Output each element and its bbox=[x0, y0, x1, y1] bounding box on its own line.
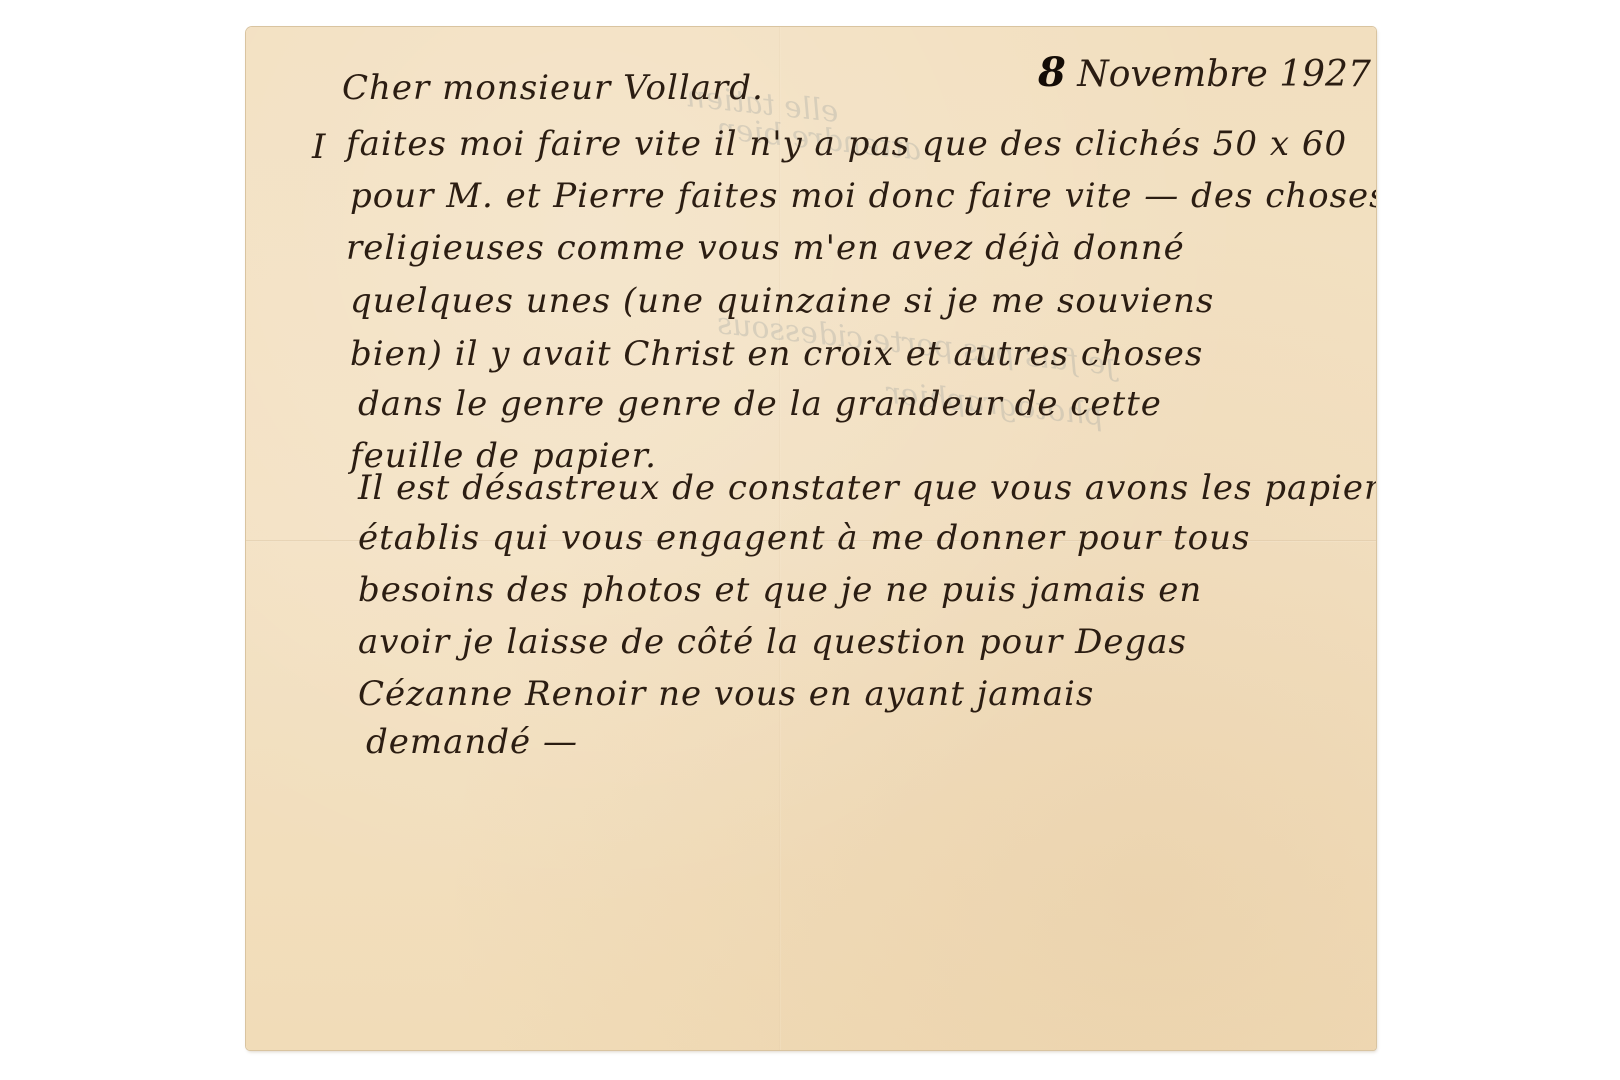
letter-line: faites moi faire vite il n'y a pas que d… bbox=[346, 127, 1347, 161]
section-marker-1: I bbox=[312, 127, 325, 167]
letter-line: établis qui vous engagent à me donner po… bbox=[358, 521, 1250, 555]
date-month-year: Novembre 1927 bbox=[1077, 54, 1371, 95]
letter-line: bien) il y avait Christ en croix et autr… bbox=[350, 337, 1203, 371]
letter-line: demandé — bbox=[366, 725, 578, 759]
letter-paper: elle tatien attendre bien je fais pas po… bbox=[246, 27, 1376, 1050]
letter-line: religieuses comme vous m'en avez déjà do… bbox=[346, 231, 1185, 265]
salutation: Cher monsieur Vollard. bbox=[342, 71, 764, 105]
letter-date: 8 Novembre 1927 bbox=[1038, 49, 1371, 96]
letter-line: besoins des photos et que je ne puis jam… bbox=[358, 573, 1202, 607]
letter-line: avoir je laisse de côté la question pour… bbox=[358, 625, 1187, 659]
letter-line: Il est désastreux de constater que vous … bbox=[358, 471, 1376, 505]
letter-line: dans le genre genre de la grandeur de ce… bbox=[358, 387, 1162, 421]
date-day: 8 bbox=[1038, 49, 1066, 96]
letter-line: quelques unes (une quinzaine si je me so… bbox=[350, 284, 1214, 318]
viewer-stage: elle tatien attendre bien je fais pas po… bbox=[0, 0, 1620, 1080]
letter-line: Cézanne Renoir ne vous en ayant jamais bbox=[358, 677, 1094, 711]
letter-line: pour M. et Pierre faites moi donc faire … bbox=[350, 179, 1376, 213]
